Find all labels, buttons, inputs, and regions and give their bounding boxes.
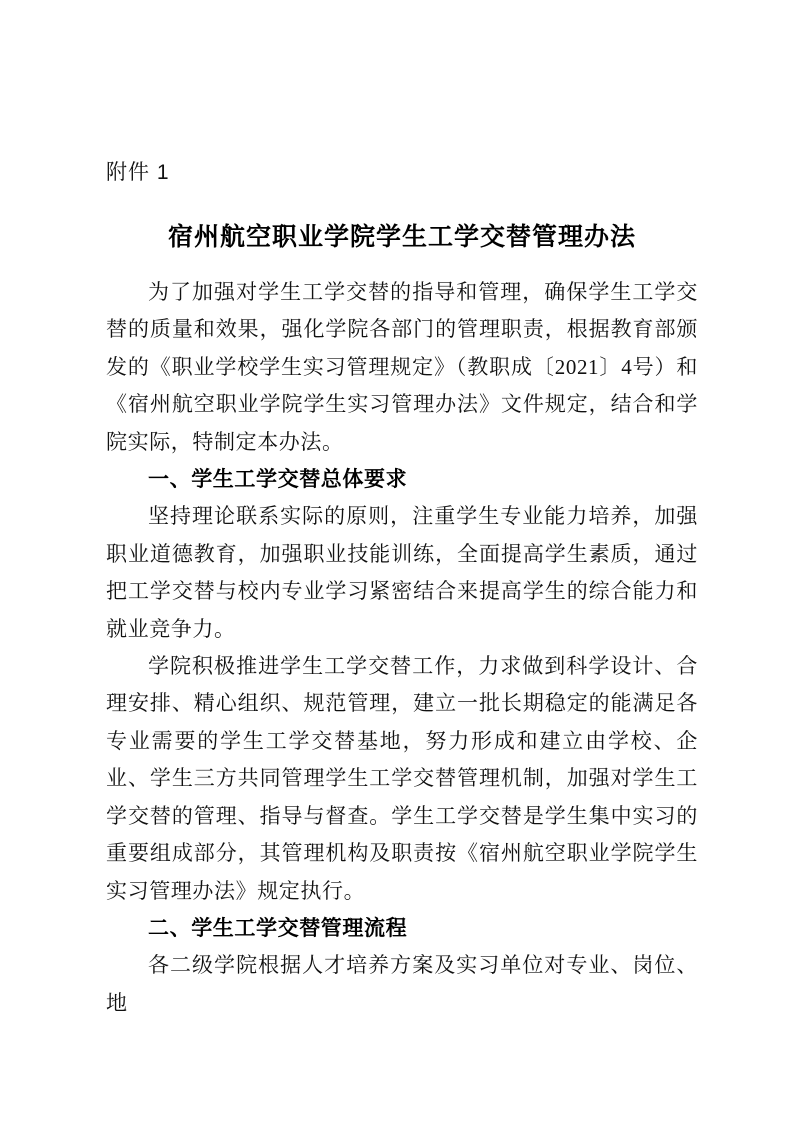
attachment-label: 附件 1 — [106, 158, 698, 188]
document-title: 宿州航空职业学院学生工学交替管理办法 — [106, 218, 698, 258]
section1-paragraph-1: 坚持理论联系实际的原则，注重学生专业能力培养，加强职业道德教育，加强职业技能训练… — [106, 498, 698, 648]
intro-paragraph: 为了加强对学生工学交替的指导和管理，确保学生工学交替的质量和效果，强化学院各部门… — [106, 274, 698, 461]
section-heading-2: 二、学生工学交替管理流程 — [106, 910, 698, 947]
section1-paragraph-2: 学院积极推进学生工学交替工作，力求做到科学设计、合理安排、精心组织、规范管理，建… — [106, 648, 698, 910]
document-content: 附件 1 宿州航空职业学院学生工学交替管理办法 为了加强对学生工学交替的指导和管… — [106, 0, 698, 1022]
section2-paragraph-1: 各二级学院根据人才培养方案及实习单位对专业、岗位、地 — [106, 947, 698, 1022]
document-page: 附件 1 宿州航空职业学院学生工学交替管理办法 为了加强对学生工学交替的指导和管… — [0, 0, 794, 1122]
section-heading-1: 一、学生工学交替总体要求 — [106, 461, 698, 498]
document-body: 为了加强对学生工学交替的指导和管理，确保学生工学交替的质量和效果，强化学院各部门… — [106, 274, 698, 1022]
